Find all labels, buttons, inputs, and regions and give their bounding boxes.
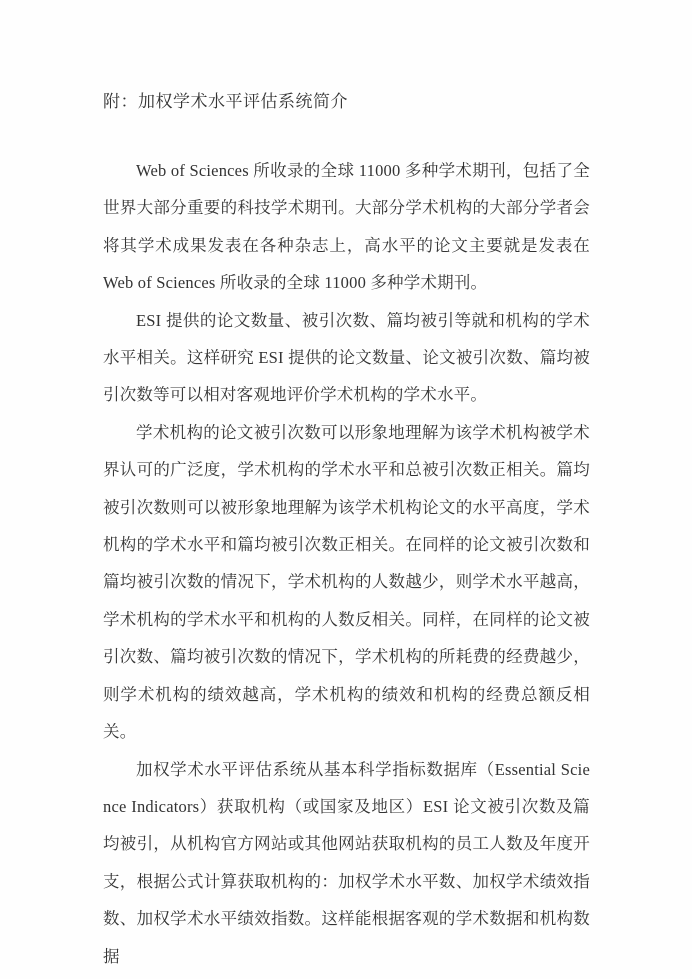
- document-title: 附：加权学术水平评估系统简介: [103, 87, 348, 112]
- paragraph: 学术机构的论文被引次数可以形象地理解为该学术机构被学术界认可的广泛度，学术机构的…: [103, 414, 590, 751]
- document-body: Web of Sciences 所收录的全球 11000 多种学术期刊，包括了全…: [103, 152, 590, 975]
- paragraph: 加权学术水平评估系统从基本科学指标数据库（Essential Science I…: [103, 751, 590, 975]
- paragraph: ESI 提供的论文数量、被引次数、篇均被引等就和机构的学术水平相关。这样研究 E…: [103, 302, 590, 414]
- paragraph: Web of Sciences 所收录的全球 11000 多种学术期刊，包括了全…: [103, 152, 590, 302]
- document-page: 附：加权学术水平评估系统简介 Web of Sciences 所收录的全球 11…: [0, 0, 692, 979]
